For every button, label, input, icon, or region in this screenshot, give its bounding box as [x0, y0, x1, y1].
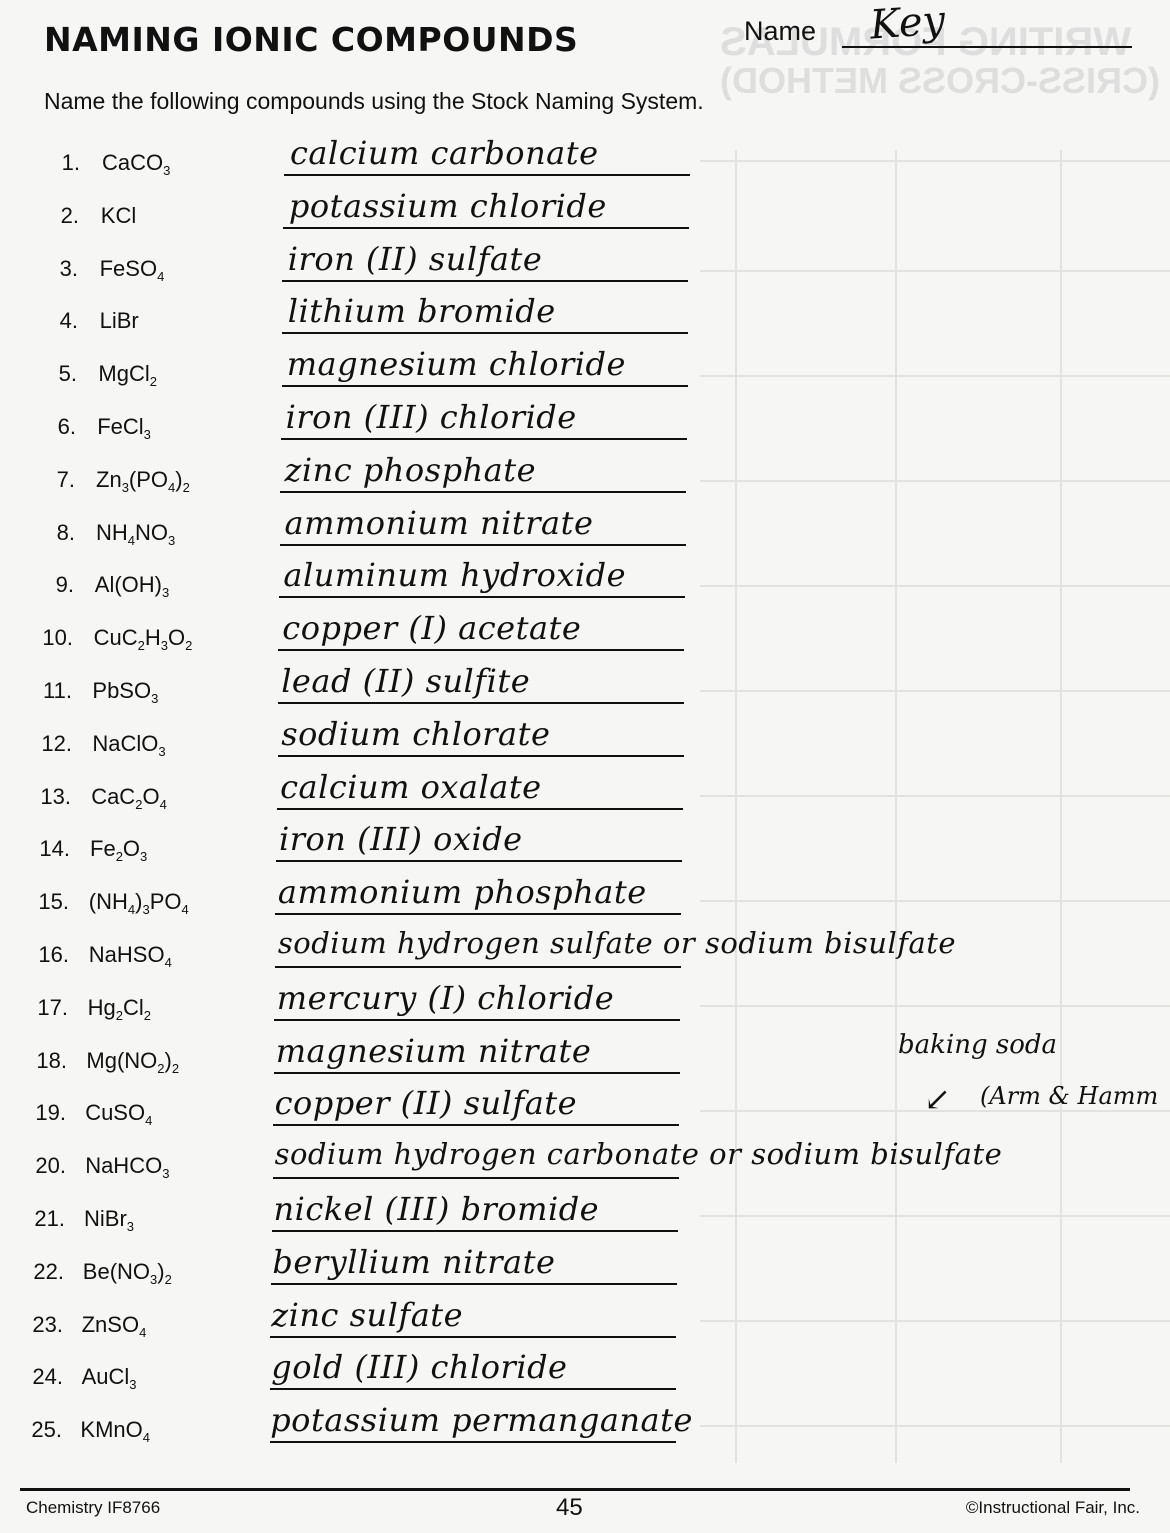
arrow-icon: ↙ — [924, 1080, 951, 1118]
chemical-formula: KMnO4 — [80, 1417, 150, 1445]
chemical-formula: KCl — [101, 203, 136, 229]
item-number: 12. — [22, 731, 72, 757]
answer-line — [274, 1019, 680, 1021]
answer-line — [276, 860, 682, 862]
item-number: 5. — [27, 361, 77, 387]
compound-row: 5.MgCl2magnesium chloride — [0, 351, 1170, 403]
chemical-formula: ZnSO4 — [82, 1312, 147, 1340]
compound-row: 22.Be(NO3)2beryllium nitrate — [0, 1249, 1170, 1301]
chemical-formula: PbSO3 — [92, 678, 158, 706]
footer-copyright: ©Instructional Fair, Inc. — [966, 1498, 1140, 1518]
ghost-subheading: (CRISS-CROSS METHOD) — [720, 60, 1160, 102]
item-number: 10. — [23, 625, 73, 651]
chemical-formula: FeCl3 — [97, 414, 151, 442]
item-number: 18. — [17, 1048, 67, 1074]
answer-line — [270, 1388, 676, 1390]
answer-field[interactable]: sodium hydrogen sulfate or sodium bisulf… — [278, 926, 956, 960]
compound-row: 7.Zn3(PO4)2zinc phosphate — [0, 457, 1170, 509]
compound-row: 23.ZnSO4zinc sulfate — [0, 1302, 1170, 1354]
compound-row: 12.NaClO3sodium chlorate — [0, 721, 1170, 773]
compound-row: 11.PbSO3lead (II) sulfite — [0, 668, 1170, 720]
item-number: 20. — [16, 1153, 66, 1179]
answer-field[interactable]: ammonium phosphate — [278, 873, 647, 911]
compound-row: 8.NH4NO3ammonium nitrate — [0, 510, 1170, 562]
answer-field[interactable]: zinc phosphate — [285, 451, 537, 489]
chemical-formula: CaCO3 — [102, 150, 170, 178]
compound-row: 20.NaHCO3sodium hydrogen carbonate or so… — [0, 1143, 1170, 1195]
item-number: 8. — [25, 520, 75, 546]
name-field[interactable]: Key — [868, 0, 946, 49]
answer-line — [273, 1124, 679, 1126]
answer-line — [278, 702, 684, 704]
chemical-formula: Hg2Cl2 — [88, 995, 151, 1023]
chemical-formula: NaClO3 — [92, 731, 165, 759]
compound-row: 15.(NH4)3PO4ammonium phosphate — [0, 879, 1170, 931]
chemical-formula: LiBr — [100, 308, 139, 334]
chemical-formula: CuSO4 — [85, 1100, 152, 1128]
chemical-formula: Be(NO3)2 — [83, 1259, 172, 1287]
name-label: Name — [744, 16, 816, 47]
answer-field[interactable]: magnesium nitrate — [276, 1032, 592, 1070]
item-number: 17. — [18, 995, 68, 1021]
compound-row: 1.CaCO3calcium carbonate — [0, 140, 1170, 192]
footer-divider — [20, 1488, 1130, 1491]
answer-line — [275, 966, 681, 968]
item-number: 4. — [28, 308, 78, 334]
compound-row: 4.LiBrlithium bromide — [0, 298, 1170, 350]
answer-line — [273, 1177, 679, 1179]
item-number: 21. — [15, 1206, 65, 1232]
answer-line — [282, 332, 688, 334]
item-number: 25. — [12, 1417, 62, 1443]
answer-line — [280, 544, 686, 546]
answer-field[interactable]: zinc sulfate — [271, 1296, 463, 1334]
compound-row: 17.Hg2Cl2mercury (I) chloride — [0, 985, 1170, 1037]
footer-book-code: Chemistry IF8766 — [26, 1498, 160, 1518]
answer-field[interactable]: lithium bromide — [288, 292, 556, 330]
answer-field[interactable]: beryllium nitrate — [272, 1243, 555, 1281]
chemical-formula: (NH4)3PO4 — [89, 889, 189, 917]
compound-row: 6.FeCl3iron (III) chloride — [0, 404, 1170, 456]
item-number: 7. — [25, 467, 75, 493]
item-number: 23. — [13, 1312, 63, 1338]
answer-line — [278, 755, 684, 757]
answer-field[interactable]: lead (II) sulfite — [281, 662, 530, 700]
chemical-formula: MgCl2 — [98, 361, 157, 389]
answer-line — [274, 1072, 680, 1074]
answer-line — [277, 808, 683, 810]
chemical-formula: Fe2O3 — [90, 836, 147, 864]
answer-line — [284, 174, 690, 176]
answer-line — [270, 1441, 676, 1443]
compound-row: 3.FeSO4iron (II) sulfate — [0, 246, 1170, 298]
chemical-formula: NaHCO3 — [85, 1153, 169, 1181]
answer-field[interactable]: gold (III) chloride — [271, 1348, 567, 1386]
item-number: 11. — [22, 678, 72, 704]
chemical-formula: CaC2O4 — [91, 784, 167, 812]
compound-row: 14.Fe2O3iron (III) oxide — [0, 826, 1170, 878]
item-number: 1. — [30, 150, 80, 176]
worksheet-title: NAMING IONIC COMPOUNDS — [44, 20, 578, 59]
answer-field[interactable]: sodium hydrogen carbonate or sodium bisu… — [275, 1137, 1003, 1171]
side-note-brand: (Arm & Hamm — [980, 1082, 1158, 1110]
item-number: 6. — [26, 414, 76, 440]
answer-field[interactable]: nickel (III) bromide — [274, 1190, 600, 1228]
item-number: 16. — [19, 942, 69, 968]
answer-line — [280, 491, 686, 493]
answer-field[interactable]: potassium chloride — [289, 187, 607, 225]
answer-line — [272, 1230, 678, 1232]
answer-field[interactable]: copper (II) sulfate — [275, 1084, 577, 1122]
answer-field[interactable]: calcium oxalate — [280, 768, 542, 806]
answer-line — [283, 227, 689, 229]
answer-line — [270, 1336, 676, 1338]
compound-row: 13.CaC2O4calcium oxalate — [0, 774, 1170, 826]
compound-row: 2.KClpotassium chloride — [0, 193, 1170, 245]
answer-field[interactable]: iron (III) oxide — [279, 820, 523, 858]
chemical-formula: Mg(NO2)2 — [86, 1048, 179, 1076]
compound-row: 9.Al(OH)3aluminum hydroxide — [0, 562, 1170, 614]
compound-row: 16.NaHSO4sodium hydrogen sulfate or sodi… — [0, 932, 1170, 984]
side-note-baking-soda: baking soda — [898, 1030, 1057, 1060]
compound-row: 25.KMnO4potassium permanganate — [0, 1407, 1170, 1459]
compound-row: 21.NiBr3nickel (III) bromide — [0, 1196, 1170, 1248]
chemical-formula: NaHSO4 — [89, 942, 172, 970]
answer-field[interactable]: iron (II) sulfate — [288, 240, 542, 278]
answer-field[interactable]: iron (III) chloride — [286, 398, 577, 436]
chemical-formula: Zn3(PO4)2 — [96, 467, 190, 495]
item-number: 15. — [19, 889, 69, 915]
item-number: 9. — [24, 572, 74, 598]
answer-line — [279, 596, 685, 598]
item-number: 22. — [14, 1259, 64, 1285]
chemical-formula: CuC2H3O2 — [94, 625, 193, 653]
answer-field[interactable]: calcium carbonate — [290, 134, 599, 172]
item-number: 24. — [13, 1364, 63, 1390]
page-number: 45 — [556, 1494, 583, 1522]
item-number: 14. — [20, 836, 70, 862]
answer-line — [282, 385, 688, 387]
item-number: 2. — [29, 203, 79, 229]
answer-field[interactable]: aluminum hydroxide — [283, 556, 626, 594]
answer-line — [282, 280, 688, 282]
answer-field[interactable]: sodium chlorate — [281, 715, 550, 753]
answer-field[interactable]: potassium permanganate — [270, 1401, 693, 1439]
answer-field[interactable]: ammonium nitrate — [285, 504, 594, 542]
chemical-formula: NiBr3 — [84, 1206, 134, 1234]
chemical-formula: FeSO4 — [100, 256, 165, 284]
instructions: Name the following compounds using the S… — [44, 88, 704, 115]
compound-row: 24.AuCl3gold (III) chloride — [0, 1354, 1170, 1406]
compound-row: 10.CuC2H3O2copper (I) acetate — [0, 615, 1170, 667]
answer-line — [275, 913, 681, 915]
chemical-formula: AuCl3 — [82, 1364, 137, 1392]
answer-line — [281, 438, 687, 440]
answer-field[interactable]: copper (I) acetate — [282, 609, 581, 647]
item-number: 3. — [28, 256, 78, 282]
chemical-formula: NH4NO3 — [96, 520, 175, 548]
chemical-formula: Al(OH)3 — [95, 572, 169, 600]
answer-field[interactable]: mercury (I) chloride — [277, 979, 614, 1017]
item-number: 13. — [21, 784, 71, 810]
item-number: 19. — [16, 1100, 66, 1126]
answer-line — [271, 1283, 677, 1285]
answer-field[interactable]: magnesium chloride — [287, 345, 626, 383]
answer-line — [278, 649, 684, 651]
